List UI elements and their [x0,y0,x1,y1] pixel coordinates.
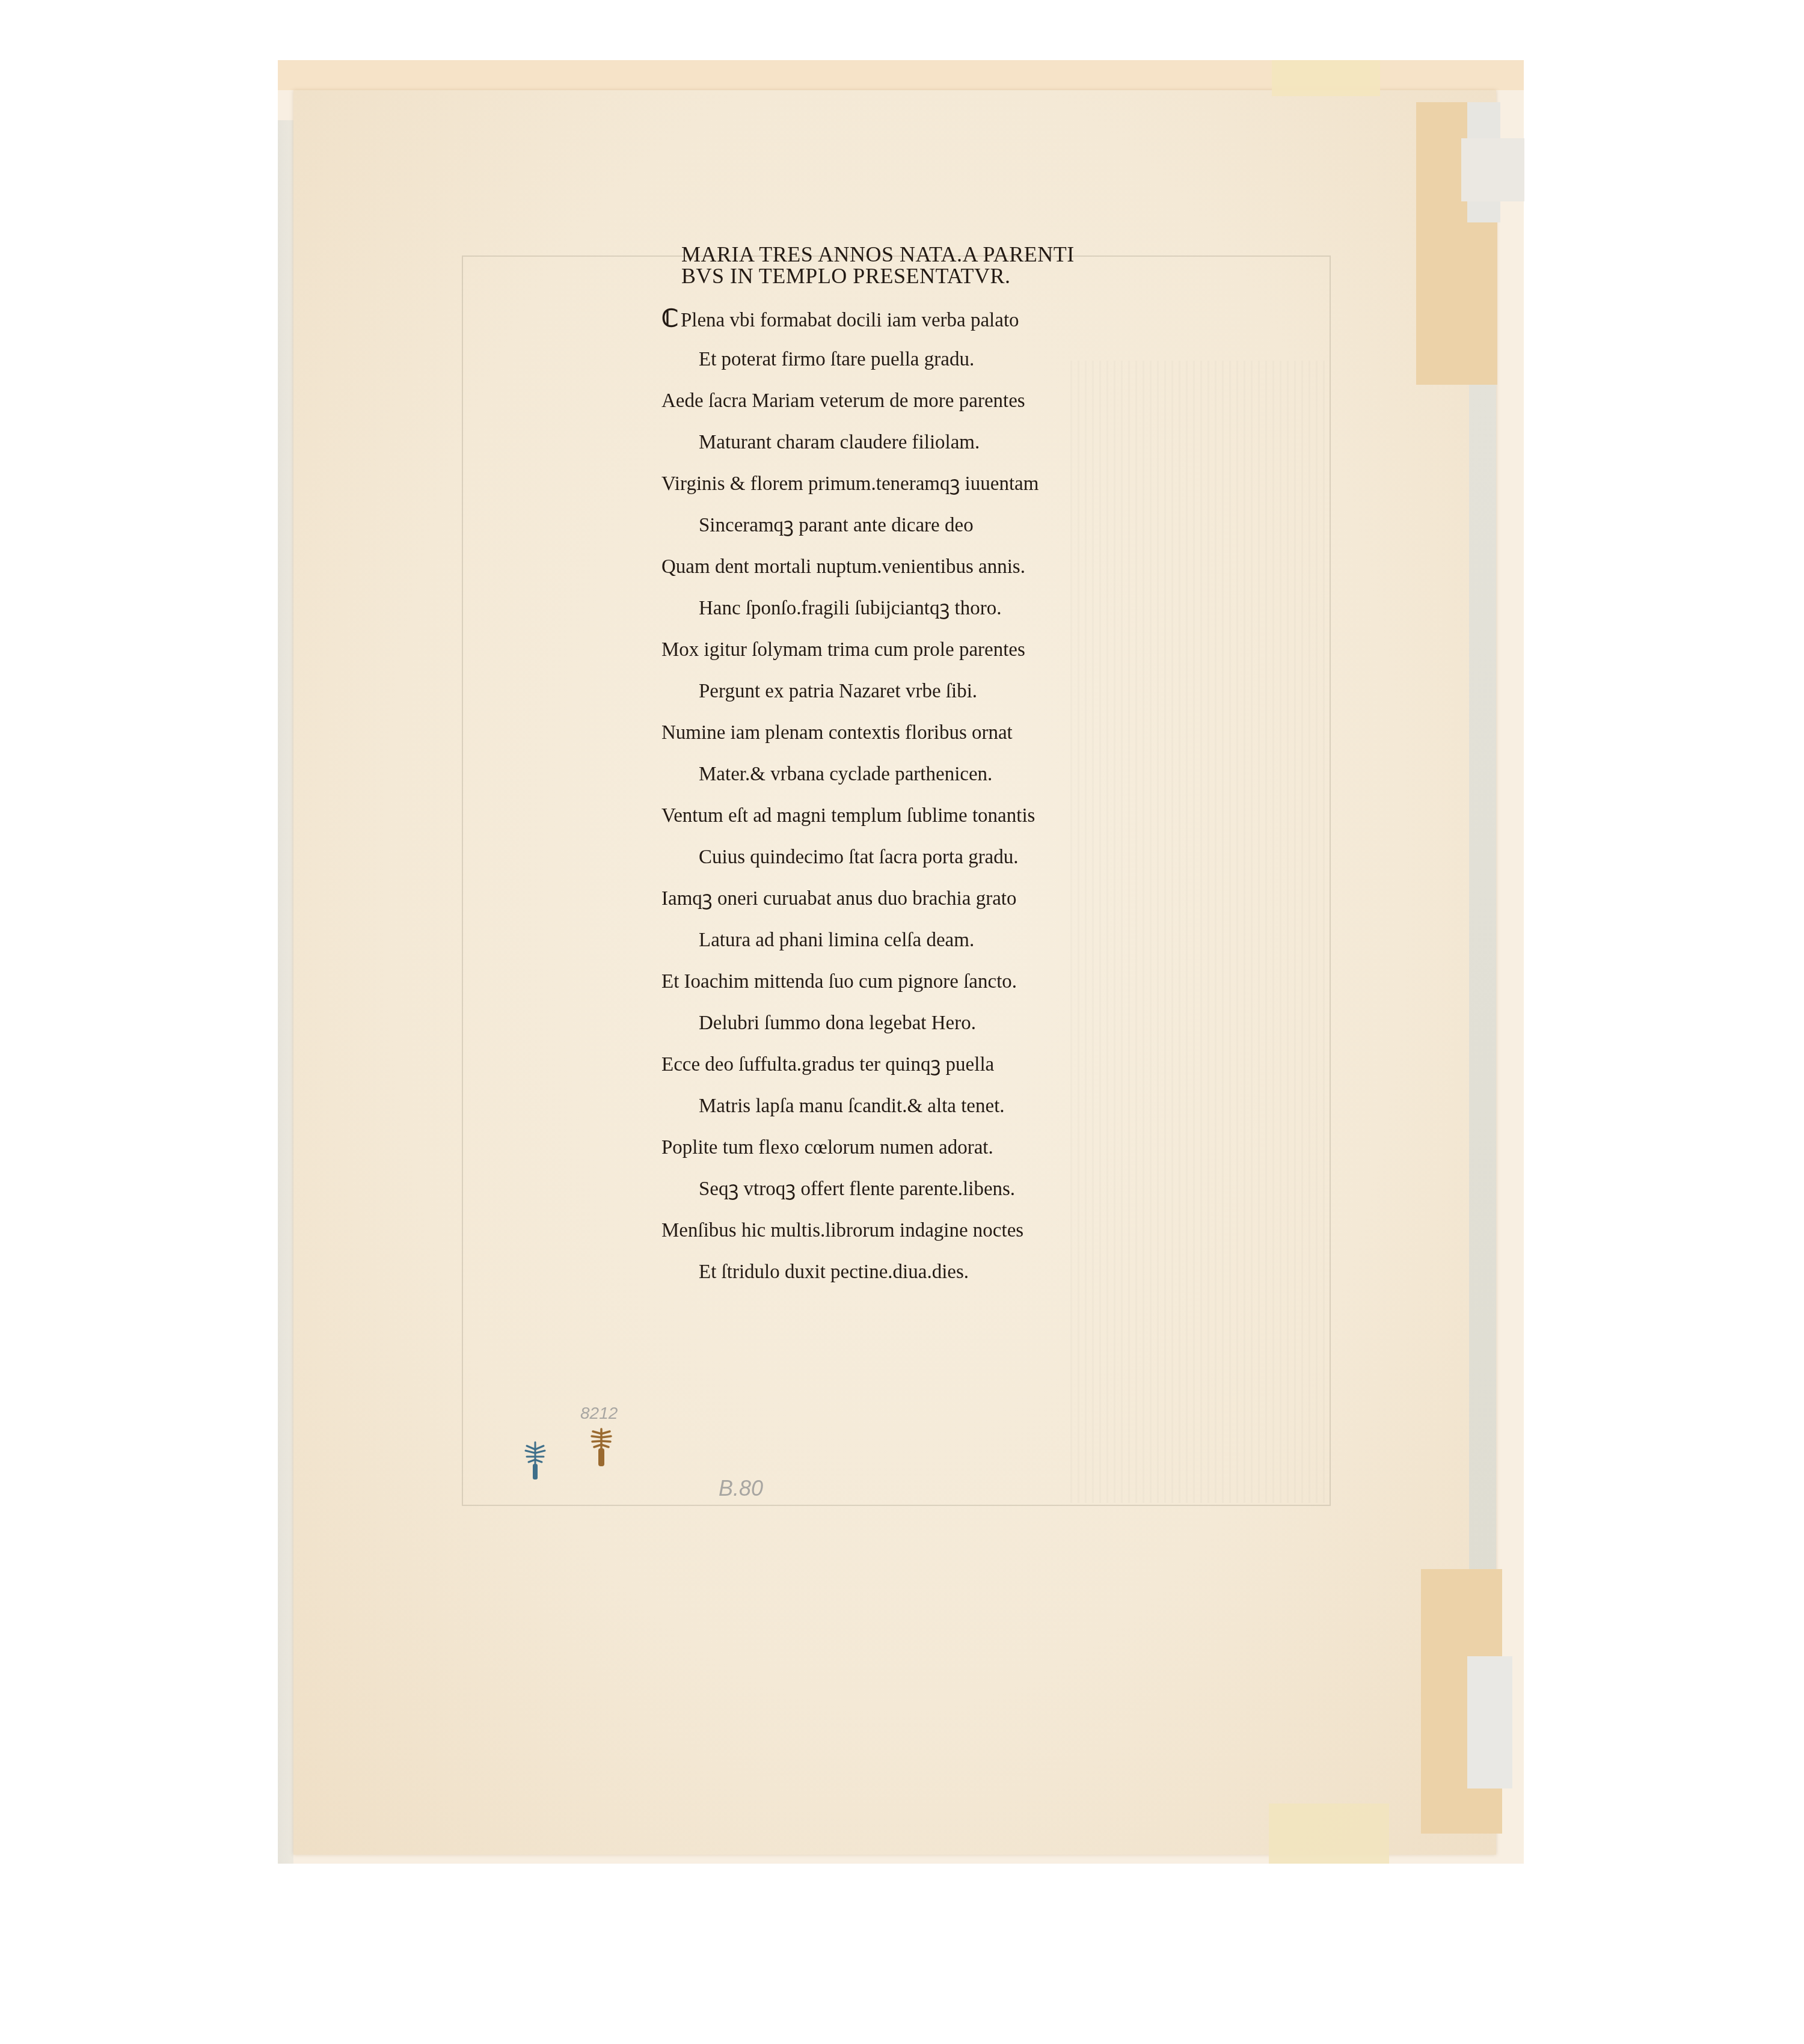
verse-line: Mater.& vrbana cyclade parthenicen. [661,754,1203,795]
pilcrow-icon: ℂ [661,298,678,339]
pencil-shelfmark: B.80 [719,1476,763,1501]
verse-line: Latura ad phani limina celſa deam. [661,920,1203,961]
verse-line: Pergunt ex patria Nazaret vrbe ſibi. [661,671,1203,712]
brown-collector-stamp-icon [589,1428,613,1470]
verse-line: Maturant charam claudere filiolam. [661,422,1203,464]
verse-line: Quam dent mortali nuptum.venientibus ann… [661,546,1203,588]
pencil-inventory-number: 8212 [580,1404,618,1423]
verse-line: Aede ſacra Mariam veterum de more parent… [661,381,1203,422]
verse-list: ℂPlena vbi formabat docili iam verba pal… [661,298,1203,1293]
verse-line: Iamqꝫ oneri curuabat anus duo brachia gr… [661,878,1203,920]
verse-line: Seqꝫ vtroqꝫ offert flente parente.libens… [661,1169,1203,1210]
hinge-tape-white-lower [1467,1656,1512,1788]
blue-collector-stamp-icon [523,1440,547,1482]
verse-line: Ventum eſt ad magni templum ſublime tona… [661,795,1203,837]
hinge-tape-white-upper-2 [1461,138,1524,201]
verse-line: Et Ioachim mittenda ſuo cum pignore ſanc… [661,961,1203,1003]
verse-line: Hanc ſponſo.fragili ſubijciantqꝫ thoro. [661,588,1203,629]
title-line-2: BVS IN TEMPLO PRESENTATVR. [681,265,1203,287]
verse-line: Mox igitur ſolymam trima cum prole paren… [661,629,1203,671]
mount-left-strip [278,120,293,1864]
verse-line: ℂPlena vbi formabat docili iam verba pal… [661,298,1203,339]
verse-line: Poplite tum flexo cœlorum numen adorat. [661,1127,1203,1169]
verse-line: Et ſtridulo duxit pectine.diua.dies. [661,1252,1203,1293]
verse-line: Numine iam plenam contextis floribus orn… [661,712,1203,754]
verse-line: Et poterat firmo ſtare puella gradu. [661,339,1203,381]
hinge-tape-top [1272,60,1380,96]
poem-title: MARIA TRES ANNOS NATA.A PARENTI BVS IN T… [681,243,1203,287]
verse-line: Menſibus hic multis.librorum indagine no… [661,1210,1203,1252]
title-line-1: MARIA TRES ANNOS NATA.A PARENTI [681,243,1203,265]
verse-line: Matris lapſa manu ſcandit.& alta tenet. [661,1086,1203,1127]
poem-text-block: MARIA TRES ANNOS NATA.A PARENTI BVS IN T… [661,243,1203,1293]
verse-line: Sinceramqꝫ parant ante dicare deo [661,505,1203,546]
verse-line: Cuius quindecimo ſtat ſacra porta gradu. [661,837,1203,878]
hinge-tape-bottom [1269,1804,1389,1864]
hinge-tape-grey [1469,385,1496,1587]
verse-line: Ecce deo ſuffulta.gradus ter quinqꝫ puel… [661,1044,1203,1086]
verse-line: Delubri ſummo dona legebat Hero. [661,1003,1203,1044]
verse-line: Virginis & florem primum.teneramqꝫ iuuen… [661,464,1203,505]
